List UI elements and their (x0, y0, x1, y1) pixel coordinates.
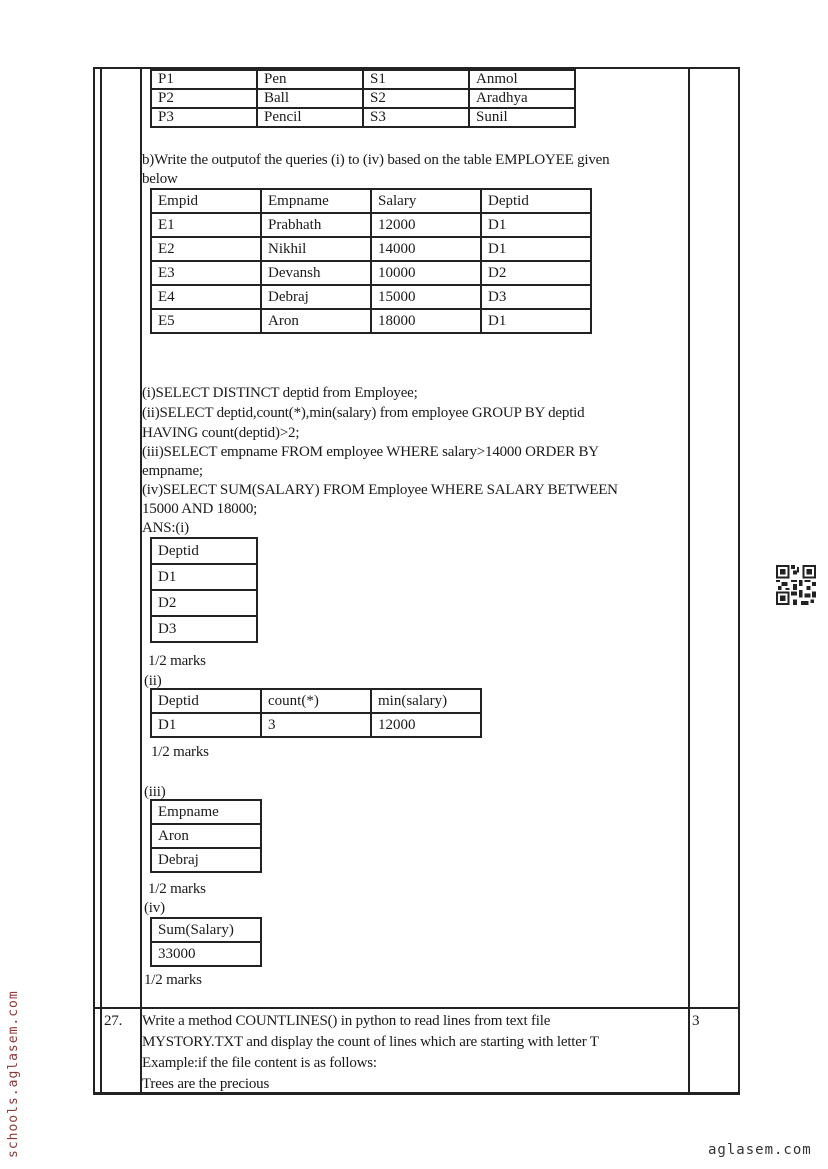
table-cell: min(salary) (371, 689, 481, 713)
bottom-watermark: aglasem.com (708, 1142, 812, 1158)
table-cell: D1 (151, 713, 261, 737)
table-row: E1Prabhath12000D1 (151, 213, 591, 237)
answer-i-table: DeptidD1D2D3 (150, 537, 258, 643)
table-cell: 12000 (371, 213, 481, 237)
table-cell: Aradhya (469, 89, 575, 108)
marks-column-divider (688, 67, 690, 1095)
answer-iii-table: EmpnameAronDebraj (150, 799, 262, 873)
table-cell: 10000 (371, 261, 481, 285)
table-row: D1312000 (151, 713, 481, 737)
table-cell: E3 (151, 261, 261, 285)
table-row: Sum(Salary) (151, 918, 261, 942)
table-cell: E2 (151, 237, 261, 261)
frame-inner-left-line (100, 67, 102, 1095)
answer-iv-marks: 1/2 marks (144, 971, 202, 990)
table-cell: 14000 (371, 237, 481, 261)
answer-iv-label: (iv) (144, 899, 165, 918)
table-cell: 15000 (371, 285, 481, 309)
question-text-line: MYSTORY.TXT and display the count of lin… (142, 1033, 599, 1052)
table-cell: Salary (371, 189, 481, 213)
answer-ii-marks: 1/2 marks (151, 743, 209, 762)
table-cell: Prabhath (261, 213, 371, 237)
table-row: D1 (151, 564, 257, 590)
query-line: (iii)SELECT empname FROM employee WHERE … (142, 443, 599, 462)
table-row: 33000 (151, 942, 261, 966)
table-cell: D2 (151, 590, 257, 616)
table-cell: Empid (151, 189, 261, 213)
table-cell: Empname (261, 189, 371, 213)
table-cell: D3 (481, 285, 591, 309)
question-text-line: Trees are the precious (142, 1075, 269, 1094)
table-row: D3 (151, 616, 257, 642)
question-row-divider (93, 1007, 740, 1009)
table-cell: E4 (151, 285, 261, 309)
table-cell: count(*) (261, 689, 371, 713)
table-cell: 3 (261, 713, 371, 737)
question-number: 27. (104, 1012, 122, 1031)
table-cell: Nikhil (261, 237, 371, 261)
table-cell: Aron (151, 824, 261, 848)
question-marks: 3 (692, 1012, 699, 1031)
part-b-instruction: b)Write the outputof the queries (i) to … (142, 151, 609, 170)
table-cell: D1 (481, 309, 591, 333)
table-row: Debraj (151, 848, 261, 872)
query-line: (i)SELECT DISTINCT deptid from Employee; (142, 384, 418, 403)
table-row: EmpidEmpnameSalaryDeptid (151, 189, 591, 213)
qr-code-icon (776, 565, 816, 605)
table-row: E4Debraj15000D3 (151, 285, 591, 309)
table-cell: Debraj (151, 848, 261, 872)
table-cell: 12000 (371, 713, 481, 737)
table-cell: Pen (257, 70, 363, 89)
answer-i-marks: 1/2 marks (148, 652, 206, 671)
table-cell: Deptid (151, 538, 257, 564)
table-row: P1PenS1Anmol (151, 70, 575, 89)
table-cell: Deptid (481, 189, 591, 213)
answer-label: ANS:(i) (142, 519, 189, 538)
table-cell: D1 (481, 213, 591, 237)
answer-iv-table: Sum(Salary)33000 (150, 917, 262, 967)
table-row: P2BallS2Aradhya (151, 89, 575, 108)
table-row: E3Devansh10000D2 (151, 261, 591, 285)
query-line: (ii)SELECT deptid,count(*),min(salary) f… (142, 404, 584, 423)
table-cell: 33000 (151, 942, 261, 966)
table-cell: Sunil (469, 108, 575, 127)
side-watermark: schools.aglasem.com (6, 990, 21, 1158)
answer-iii-marks: 1/2 marks (148, 880, 206, 899)
question-text-line: Example:if the file content is as follow… (142, 1054, 377, 1073)
table-row: P3PencilS3Sunil (151, 108, 575, 127)
answer-ii-table: Deptidcount(*)min(salary)D1312000 (150, 688, 482, 738)
question-text-line: Write a method COUNTLINES() in python to… (142, 1012, 550, 1031)
table-cell: S3 (363, 108, 469, 127)
table-cell: P2 (151, 89, 257, 108)
table-row: E5Aron18000D1 (151, 309, 591, 333)
query-line: (iv)SELECT SUM(SALARY) FROM Employee WHE… (142, 481, 618, 500)
table-cell: Debraj (261, 285, 371, 309)
table-cell: D3 (151, 616, 257, 642)
table-cell: Devansh (261, 261, 371, 285)
query-line: empname; (142, 462, 203, 481)
query-line: HAVING count(deptid)>2; (142, 424, 299, 443)
product-table: P1PenS1AnmolP2BallS2AradhyaP3PencilS3Sun… (150, 69, 576, 128)
table-cell: D1 (151, 564, 257, 590)
table-cell: Aron (261, 309, 371, 333)
query-line: 15000 AND 18000; (142, 500, 257, 519)
table-cell: Pencil (257, 108, 363, 127)
table-cell: S2 (363, 89, 469, 108)
table-row: Deptid (151, 538, 257, 564)
table-cell: Empname (151, 800, 261, 824)
table-cell: Ball (257, 89, 363, 108)
employee-table: EmpidEmpnameSalaryDeptidE1Prabhath12000D… (150, 188, 592, 334)
table-cell: E1 (151, 213, 261, 237)
part-b-instruction-cont: below (142, 170, 178, 189)
table-row: D2 (151, 590, 257, 616)
table-row: Deptidcount(*)min(salary) (151, 689, 481, 713)
table-cell: Sum(Salary) (151, 918, 261, 942)
table-cell: D2 (481, 261, 591, 285)
table-row: Empname (151, 800, 261, 824)
table-cell: 18000 (371, 309, 481, 333)
table-cell: Deptid (151, 689, 261, 713)
table-cell: D1 (481, 237, 591, 261)
table-row: E2Nikhil14000D1 (151, 237, 591, 261)
number-column-divider (140, 67, 142, 1095)
table-cell: S1 (363, 70, 469, 89)
table-cell: P3 (151, 108, 257, 127)
table-cell: Anmol (469, 70, 575, 89)
table-row: Aron (151, 824, 261, 848)
table-cell: P1 (151, 70, 257, 89)
table-cell: E5 (151, 309, 261, 333)
